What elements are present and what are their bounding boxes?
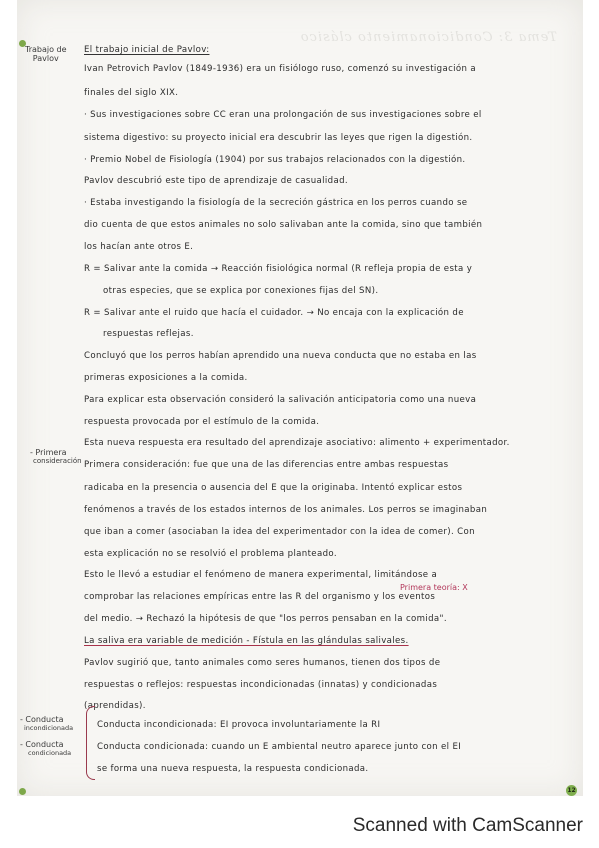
text-line: que iban a comer (asociaban la idea del … bbox=[84, 527, 475, 537]
margin-note-line: Trabajo de bbox=[25, 45, 67, 54]
margin-note-trabajo: Trabajo de Pavlov bbox=[25, 45, 67, 63]
margin-note-line: condicionada bbox=[20, 749, 71, 758]
margin-note-primera-consideracion: - Primera consideración bbox=[30, 448, 82, 466]
text-line: Esto le llevó a estudiar el fenómeno de … bbox=[84, 570, 437, 580]
text-line: · Estaba investigando la fisiología de l… bbox=[84, 198, 467, 208]
text-line: Primera consideración: fue que una de la… bbox=[84, 460, 448, 470]
text-line: sistema digestivo: su proyecto inicial e… bbox=[84, 133, 473, 143]
text-line: primeras exposiciones a la comida. bbox=[84, 373, 248, 383]
text-line: respuesta provocada por el estímulo de l… bbox=[84, 417, 319, 427]
margin-note-conducta-condicionada: - Conducta condicionada bbox=[20, 740, 71, 758]
text-line: respuestas reflejas. bbox=[103, 329, 194, 339]
text-line: Conducta incondicionada: EI provoca invo… bbox=[97, 720, 380, 730]
red-annotation: Primera teoría: X bbox=[400, 583, 468, 592]
text-line: finales del siglo XIX. bbox=[84, 88, 178, 98]
curly-brace bbox=[86, 706, 95, 780]
page-number: 12 bbox=[566, 785, 577, 796]
text-line: Esta nueva respuesta era resultado del a… bbox=[84, 438, 510, 448]
section-heading: El trabajo inicial de Pavlov: bbox=[84, 45, 209, 55]
camscanner-watermark: Scanned with CamScanner bbox=[353, 815, 583, 837]
text-line: dio cuenta de que estos animales no solo… bbox=[84, 220, 482, 230]
text-line: · Premio Nobel de Fisiología (1904) por … bbox=[84, 155, 466, 165]
text-line: Pavlov descubrió este tipo de aprendizaj… bbox=[84, 176, 348, 186]
text-line: comprobar las relaciones empíricas entre… bbox=[84, 592, 435, 602]
text-line: R = Salivar ante el ruido que hacía el c… bbox=[84, 308, 464, 318]
text-line: los hacían ante otros E. bbox=[84, 242, 193, 252]
margin-note-line: - Conducta bbox=[20, 740, 71, 749]
margin-note-conducta-incondicionada: - Conducta incondicionada bbox=[20, 715, 73, 733]
text-line: esta explicación no se resolvió el probl… bbox=[84, 549, 337, 559]
bleed-through-text: Tema 3: Condicionamiento clásico bbox=[137, 30, 557, 45]
text-line: fenómenos a través de los estados intern… bbox=[84, 505, 487, 515]
margin-note-line: incondicionada bbox=[20, 724, 73, 733]
text-line: respuestas o reflejos: respuestas incond… bbox=[84, 680, 437, 690]
text-line: Ivan Petrovich Pavlov (1849-1936) era un… bbox=[84, 64, 476, 74]
text-line: R = Salivar ante la comida → Reacción fi… bbox=[84, 264, 472, 274]
text-line: Conducta condicionada: cuando un E ambie… bbox=[97, 742, 461, 752]
text-line: · Sus investigaciones sobre CC eran una … bbox=[84, 110, 482, 120]
text-line: La saliva era variable de medición - Fís… bbox=[84, 636, 409, 646]
text-line: Pavlov sugirió que, tanto animales como … bbox=[84, 658, 440, 668]
text-line: Concluyó que los perros habían aprendido… bbox=[84, 351, 477, 361]
text-line: del medio. → Rechazó la hipótesis de que… bbox=[84, 614, 447, 624]
text-line: radicaba en la presencia o ausencia del … bbox=[84, 483, 462, 493]
margin-note-line: consideración bbox=[30, 457, 82, 466]
green-marker-dot bbox=[19, 788, 26, 795]
text-line: otras especies, que se explica por conex… bbox=[103, 286, 378, 296]
margin-note-line: Pavlov bbox=[25, 54, 67, 63]
margin-note-line: - Primera bbox=[30, 448, 82, 457]
text-line: Para explicar esta observación consideró… bbox=[84, 395, 476, 405]
margin-note-line: - Conducta bbox=[20, 715, 73, 724]
text-line: se forma una nueva respuesta, la respues… bbox=[97, 764, 369, 774]
